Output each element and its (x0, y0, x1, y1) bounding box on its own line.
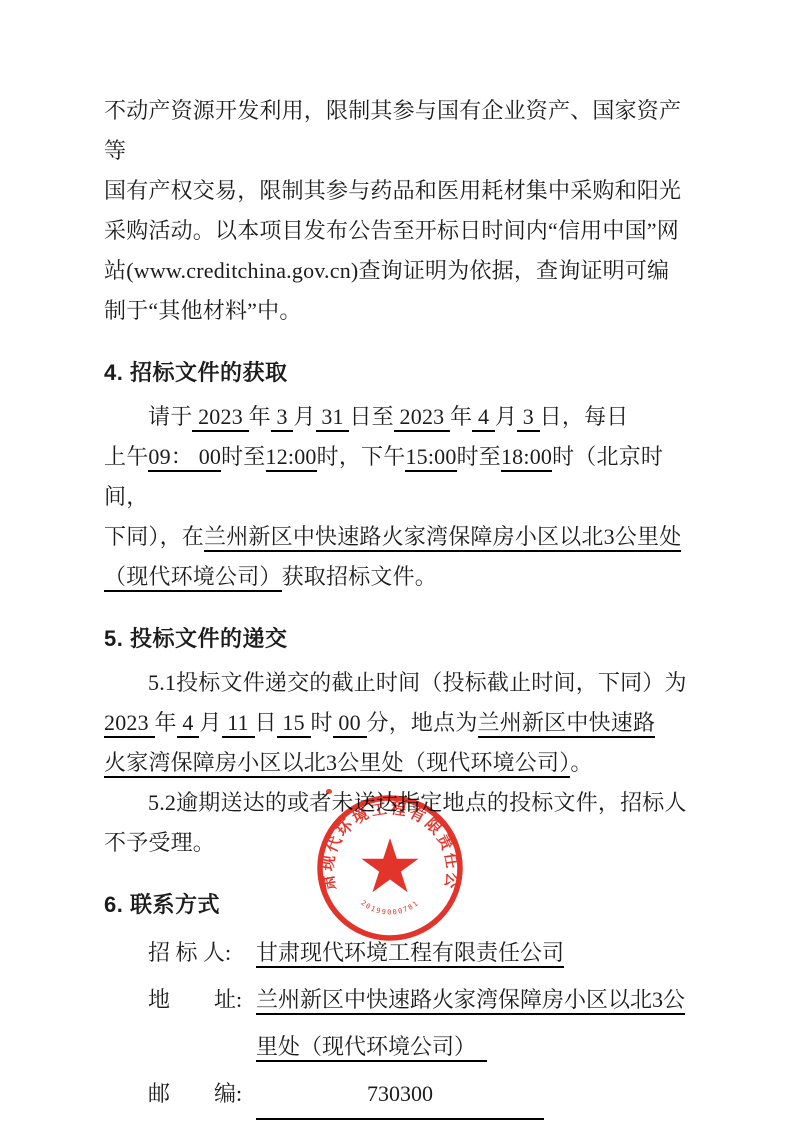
text-line-p5-1: 5.1投标文件递交的截止时间（投标截止时间，下同）为 (104, 663, 696, 703)
plain-text: 时至 (221, 444, 265, 469)
plain-text: 。 (570, 750, 592, 775)
plain-text: 年 (450, 404, 472, 429)
plain-text: 月 (293, 404, 315, 429)
plain-text: 不动产资源开发利用，限制其参与国有企业资产、国家资产等 (104, 98, 681, 163)
plain-text: 时至 (457, 444, 501, 469)
plain-text: 请于 (148, 404, 192, 429)
plain-text: 年 (155, 710, 177, 735)
underlined-text: 3 (271, 404, 294, 432)
plain-text: 下同），在 (104, 524, 204, 549)
plain-text: 时，下午 (317, 444, 406, 469)
text-line-p1-2: 国有产权交易，限制其参与药品和医用耗材集中采购和阳光 (104, 171, 696, 211)
plain-text: 年 (249, 404, 271, 429)
underlined-text: 2023 (104, 710, 155, 738)
underlined-text: 2023 (394, 404, 450, 432)
plain-text: 获取招标文件。 (282, 564, 437, 589)
underlined-text: 09： 00 (148, 444, 221, 472)
underlined-text: 31 (316, 404, 350, 432)
company-seal: 甘肃现代环境工程有限责任公司 20199000781 (315, 793, 465, 943)
contact-section: 招 标 人:甘肃现代环境工程有限责任公司 地 址:兰州新区中快速路火家湾保障房小… (104, 929, 696, 1120)
underlined-text: （现代环境公司） (104, 564, 282, 592)
plain-text: 上午 (104, 444, 148, 469)
underlined-text: 730300 (256, 1070, 544, 1120)
plain-text: 分，地点为 (367, 710, 478, 735)
underlined-text: 甘肃现代环境工程有限责任公司 (256, 940, 564, 968)
underlined-text: 15:00 (405, 444, 456, 472)
plain-text: 采购活动。以本项目发布公告至开标日时间内“信用中国”网 (104, 218, 679, 243)
underlined-text: 4 (177, 710, 200, 738)
contact-row-address-wrap: 里处（现代环境公司） (256, 1023, 696, 1070)
plain-text: 国有产权交易，限制其参与药品和医用耗材集中采购和阳光 (104, 178, 681, 203)
underlined-text: 15 (277, 710, 311, 738)
underlined-text: 18:00 (501, 444, 552, 472)
text-line-p1-4: 站(www.creditchina.gov.cn)查询证明为依据，查询证明可编 (104, 251, 696, 291)
plain-text: 月 (495, 404, 517, 429)
page: 不动产资源开发利用，限制其参与国有企业资产、国家资产等 国有产权交易，限制其参与… (0, 0, 800, 1131)
text-line-p4-2: 上午09： 00时至12:00时，下午15:00时至18:00时（北京时间， (104, 437, 696, 517)
text-line-p1-1: 不动产资源开发利用，限制其参与国有企业资产、国家资产等 (104, 91, 696, 171)
underlined-text: 12:00 (266, 444, 317, 472)
text-line-p4-4: （现代环境公司）获取招标文件。 (104, 557, 696, 597)
text-line-p5-2: 2023 年 4 月 11 日 15 时 00 分，地点为兰州新区中快速路 (104, 703, 696, 743)
underlined-text: 兰州新区中快速路火家湾保障房小区以北3公 (256, 987, 685, 1015)
svg-text:20199000781: 20199000781 (359, 899, 421, 917)
bidder-value: 甘肃现代环境工程有限责任公司 (256, 940, 564, 968)
postal-value: 730300 (256, 1081, 544, 1106)
address-value: 兰州新区中快速路火家湾保障房小区以北3公 (256, 987, 685, 1015)
contact-row-postal: 邮 编:730300 (148, 1070, 696, 1120)
underlined-text: 兰州新区中快速路火家湾保障房小区以北3公里处 (204, 524, 681, 552)
section-heading-4: 4. 招标文件的获取 (104, 353, 696, 393)
text-line-p4-3: 下同），在兰州新区中快速路火家湾保障房小区以北3公里处 (104, 517, 696, 557)
plain-text: 日至 (349, 404, 393, 429)
underlined-text: 3 (517, 404, 540, 432)
text-line-p4-1: 请于 2023 年 3 月 31 日至 2023 年 4 月 3 日，每日 (104, 397, 696, 437)
underlined-text: 11 (222, 710, 255, 738)
postal-label: 邮 编: (148, 1070, 248, 1117)
plain-text: 日，每日 (540, 404, 629, 429)
text-line-p1-5: 制于“其他材料”中。 (104, 291, 696, 331)
underlined-text: 00 (333, 710, 367, 738)
plain-text: 日 (255, 710, 277, 735)
bidder-label: 招 标 人: (148, 929, 248, 976)
plain-text: 5.1投标文件递交的截止时间（投标截止时间，下同）为 (148, 670, 687, 695)
seal-serial-text: 20199000781 (359, 899, 421, 917)
text-line-p1-3: 采购活动。以本项目发布公告至开标日时间内“信用中国”网 (104, 211, 696, 251)
seal-star-icon (362, 838, 419, 892)
plain-text: 不予受理。 (104, 830, 215, 855)
underlined-text: 火家湾保障房小区以北3公里处（现代环境公司） (104, 750, 570, 778)
plain-text: 制于“其他材料”中。 (104, 298, 302, 323)
seal-ink-dot (326, 789, 332, 794)
underlined-text: 里处（现代环境公司） (256, 1034, 487, 1062)
underlined-text: 2023 (192, 404, 248, 432)
paragraph-doc-acquisition: 请于 2023 年 3 月 31 日至 2023 年 4 月 3 日，每日 上午… (104, 397, 696, 597)
paragraph-credit-china: 不动产资源开发利用，限制其参与国有企业资产、国家资产等 国有产权交易，限制其参与… (104, 91, 696, 331)
section-heading-5: 5. 投标文件的递交 (104, 619, 696, 659)
underlined-text: 4 (472, 404, 495, 432)
plain-text: 站(www.creditchina.gov.cn)查询证明为依据，查询证明可编 (104, 258, 669, 283)
address-label: 地 址: (148, 976, 248, 1023)
underlined-text: 兰州新区中快速路 (478, 710, 656, 738)
text-line-p5-3: 火家湾保障房小区以北3公里处（现代环境公司）。 (104, 743, 696, 783)
contact-row-address: 地 址:兰州新区中快速路火家湾保障房小区以北3公 (148, 976, 696, 1023)
address-value-wrap: 里处（现代环境公司） (256, 1034, 487, 1062)
plain-text: 月 (199, 710, 221, 735)
plain-text: 时 (311, 710, 333, 735)
